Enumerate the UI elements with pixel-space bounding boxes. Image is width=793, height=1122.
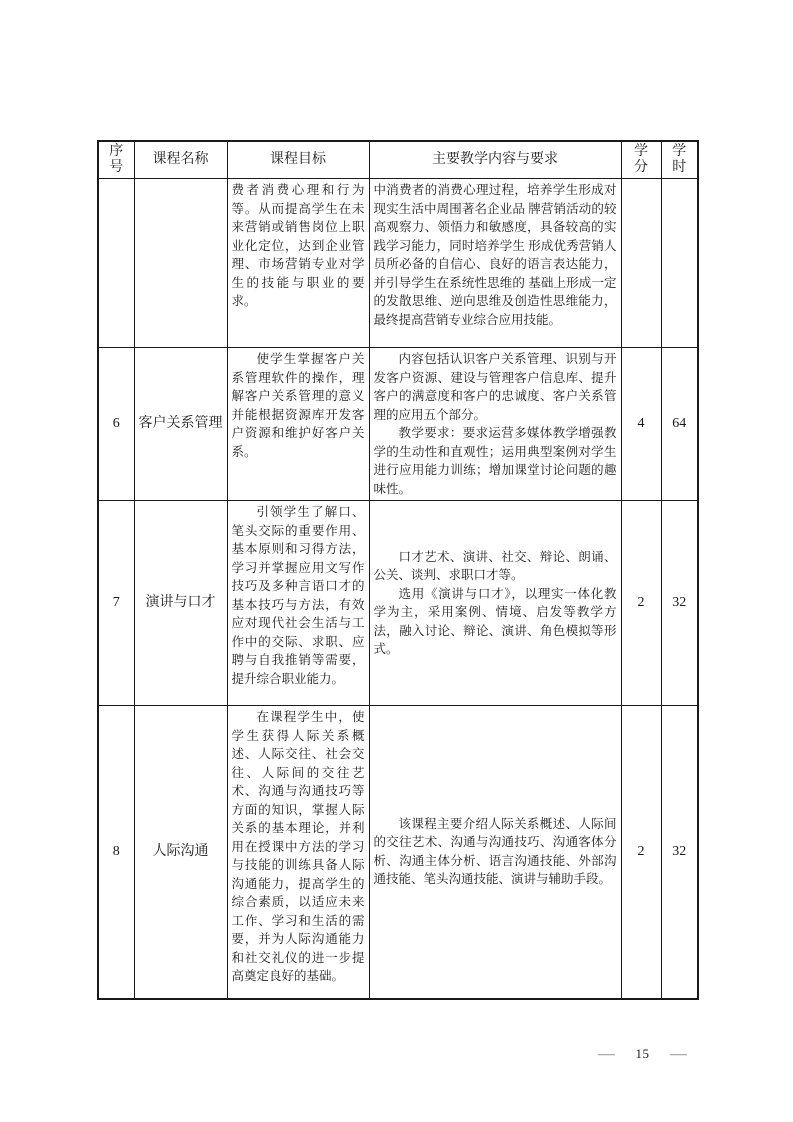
row-number-cell: 7 [98, 501, 134, 706]
row-number-cell: 6 [98, 348, 134, 501]
table-header-row: 序号 课程名称 课程目标 主要教学内容与要求 学分 学时 [98, 141, 698, 179]
table-row-course-6: 6 客户关系管理 使学生掌握客户关系管理软件的操作，理解客户关系管理的意义并能根… [98, 348, 698, 501]
course-plan-table: 序号 课程名称 课程目标 主要教学内容与要求 学分 学时 费者消费心理和行为等。… [97, 140, 699, 1000]
credits-cell: 2 [621, 501, 661, 706]
course-name-cell: 演讲与口才 [134, 501, 227, 706]
course-objective-cell: 在课程学生中，使学生获得人际关系概述、人际交往、社会交往、人际间的交往艺术、沟通… [227, 706, 369, 999]
content-paragraph: 口才艺术、演讲、社交、辩论、朗诵、公关、谈判、求职口才等。 [374, 548, 617, 585]
credits-cell [621, 179, 661, 348]
credits-cell: 2 [621, 706, 661, 999]
teaching-content-cell: 该课程主要介绍人际关系概述、人际间的交往艺术、沟通与沟通技巧、沟通客体分析、沟通… [369, 706, 621, 999]
table-row-continuation: 费者消费心理和行为等。从而提高学生在未来营销或销售岗位上职业化定位，达到企业管理… [98, 179, 698, 348]
page-number-dash-right: — [669, 1046, 687, 1062]
content-paragraph: 教学要求：要求运营多媒体教学增强教学的生动性和直观性；运用典型案例对学生进行应用… [374, 424, 617, 498]
course-name-cell: 人际沟通 [134, 706, 227, 999]
teaching-content-cell: 内容包括认识客户关系管理、识别与开发客户资源、建设与管理客户信息库、提升客户的满… [369, 348, 621, 501]
table-row-course-7: 7 演讲与口才 引领学生了解口、笔头交际的重要作用、基本原则和习得方法，学习并掌… [98, 501, 698, 706]
page-number-value: 15 [630, 1046, 656, 1062]
content-paragraph: 选用《演讲与口才》，以理实一体化教学为主，采用案例、情境、启发等教学方法，融入讨… [374, 585, 617, 659]
teaching-content-cell: 中消费者的消费心理过程，培养学生形成对现实生活中周围著名企业品 牌营销活动的较高… [369, 179, 621, 348]
content-paragraph: 内容包括认识客户关系管理、识别与开发客户资源、建设与管理客户信息库、提升客户的满… [374, 350, 617, 424]
credits-cell: 4 [621, 348, 661, 501]
page-number: — 15 — [600, 1046, 685, 1062]
course-objective-cell: 使学生掌握客户关系管理软件的操作，理解客户关系管理的意义并能根据资源库开发客户资… [227, 348, 369, 501]
hours-cell [661, 179, 698, 348]
header-课程名称: 课程名称 [134, 141, 227, 179]
hours-cell: 32 [661, 706, 698, 999]
content-paragraph: 该课程主要介绍人际关系概述、人际间的交往艺术、沟通与沟通技巧、沟通客体分析、沟通… [374, 815, 617, 889]
objective-paragraph: 费者消费心理和行为等。从而提高学生在未来营销或销售岗位上职业化定位，达到企业管理… [232, 181, 365, 311]
course-objective-cell: 费者消费心理和行为等。从而提高学生在未来营销或销售岗位上职业化定位，达到企业管理… [227, 179, 369, 348]
objective-paragraph: 使学生掌握客户关系管理软件的操作，理解客户关系管理的意义并能根据资源库开发客户资… [232, 350, 365, 461]
content-paragraph: 中消费者的消费心理过程，培养学生形成对现实生活中周围著名企业品 牌营销活动的较高… [374, 181, 617, 329]
header-学分: 学分 [621, 141, 661, 179]
table-row-course-8: 8 人际沟通 在课程学生中，使学生获得人际关系概述、人际交往、社会交往、人际间的… [98, 706, 698, 999]
hours-cell: 32 [661, 501, 698, 706]
teaching-content-cell: 口才艺术、演讲、社交、辩论、朗诵、公关、谈判、求职口才等。 选用《演讲与口才》，… [369, 501, 621, 706]
header-学时: 学时 [661, 141, 698, 179]
page-number-dash-left: — [598, 1046, 616, 1062]
header-序号: 序号 [98, 141, 134, 179]
objective-paragraph: 引领学生了解口、笔头交际的重要作用、基本原则和习得方法，学习并掌握应用文写作技巧… [232, 503, 365, 688]
row-number-cell: 8 [98, 706, 134, 999]
header-课程目标: 课程目标 [227, 141, 369, 179]
objective-paragraph: 在课程学生中，使学生获得人际关系概述、人际交往、社会交往、人际间的交往艺术、沟通… [232, 708, 365, 986]
course-objective-cell: 引领学生了解口、笔头交际的重要作用、基本原则和习得方法，学习并掌握应用文写作技巧… [227, 501, 369, 706]
header-主要教学内容与要求: 主要教学内容与要求 [369, 141, 621, 179]
course-name-cell [134, 179, 227, 348]
document-page: 序号 课程名称 课程目标 主要教学内容与要求 学分 学时 费者消费心理和行为等。… [0, 0, 793, 1122]
course-name-cell: 客户关系管理 [134, 348, 227, 501]
row-number-cell [98, 179, 134, 348]
hours-cell: 64 [661, 348, 698, 501]
